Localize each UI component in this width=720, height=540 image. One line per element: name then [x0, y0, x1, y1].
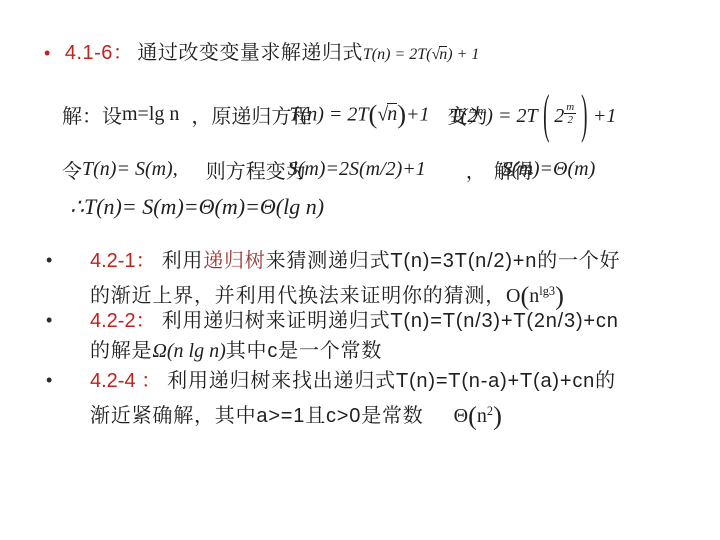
- item-4-2-4-line-2: 渐近紧确解，其中a>=1且c>0是常数Θ(n2): [90, 396, 720, 431]
- item-text: 其中c是一个常数: [226, 340, 382, 362]
- fraction-numerator: m: [564, 101, 576, 115]
- fraction-denominator: 2: [567, 114, 573, 127]
- comma: ，: [191, 100, 211, 129]
- exponent: m: [477, 104, 486, 118]
- item-4-2-1-line-1: 4.2-1：利用递归树来猜测递归式T(n)=3T(n/2)+n的一个好: [90, 246, 720, 276]
- item-4-2-2: • 4.2-2：利用递归树来证明递归式T(n)=T(n/3)+T(2n/3)+c…: [44, 306, 720, 366]
- paren: (: [468, 400, 477, 430]
- recursion-tree-highlight: 递归树: [203, 250, 265, 272]
- exponent-fraction: m2: [564, 101, 576, 127]
- formula-omega: Ω(n lg n): [152, 340, 225, 362]
- tall-paren: (: [543, 85, 549, 147]
- m-equals-lg-n: m=lg n: [122, 103, 179, 126]
- formula-part: Θ: [454, 405, 468, 427]
- item-text: 利用递归树来证明递归式T(n)=T(n/3)+T(2n/3)+cn: [162, 310, 619, 332]
- formula-big-o: O(nlg3): [506, 285, 564, 307]
- item-text: 利用递归树来找出递归式T(n)=T(n-a)+T(a)+cn的: [167, 370, 616, 392]
- formula-t-equals-s: T(n)= S(m),: [82, 158, 178, 181]
- item-4-2-2-line-1: 4.2-2：利用递归树来证明递归式T(n)=T(n/3)+T(2n/3)+cn: [90, 306, 720, 336]
- item-4-1-6-text: 通过改变变量求解递归式: [137, 42, 363, 64]
- paren: ): [397, 99, 406, 129]
- bullet-icon: •: [46, 245, 52, 275]
- formula-t-2m: T(2m) = 2T(2m2)+1: [450, 101, 617, 128]
- tall-paren: ): [581, 85, 587, 147]
- solution-text: 解：设: [62, 100, 122, 129]
- item-4-2-4-label: 4.2-4 ：: [90, 370, 161, 392]
- formula-conclusion: ∴T(n)= S(m)=Θ(m)=Θ(lg n): [70, 194, 324, 219]
- formula-part: n: [529, 285, 539, 307]
- formula-part: +1: [593, 105, 617, 127]
- formula-part: +1: [406, 103, 430, 125]
- formula-part: ) = 2T: [486, 105, 537, 127]
- formula-part: T(n) = 2T(: [363, 46, 432, 63]
- formula-theta-n2: Θ(n2): [454, 405, 502, 427]
- item-4-2-1: • 4.2-1：利用递归树来猜测递归式T(n)=3T(n/2)+n的一个好 的渐…: [44, 246, 720, 311]
- comma: ，: [466, 155, 486, 184]
- formula-t-n-sqrt: T(n) = 2T(√n)+1: [289, 99, 429, 130]
- paren: ): [493, 400, 502, 430]
- item-text: 渐近紧确解，其中a>=1且c>0是常数: [90, 405, 424, 427]
- formula-part: n: [477, 405, 487, 427]
- formula-part: 2: [554, 105, 564, 127]
- formula-part: T(n) = 2T: [289, 103, 368, 125]
- formula-part: ) + 1: [447, 46, 479, 63]
- item-text: 的解是: [90, 340, 152, 362]
- paren: (: [368, 99, 377, 129]
- solution-line-1: 解：设m=lg n，原递归方程T(n) = 2T(√n)+1变为T(2m) = …: [62, 82, 616, 146]
- formula-s-theta-m: S(m)=Θ(m): [502, 158, 595, 181]
- item-4-1-6-label: 4.1-6：: [65, 42, 134, 64]
- item-4-2-1-label: 4.2-1：: [90, 250, 156, 272]
- item-4-2-2-line-2: 的解是Ω(n lg n)其中c是一个常数: [90, 336, 720, 366]
- item-text: 的渐近上界，并利用代换法来证明你的猜测，: [90, 285, 506, 307]
- solution-line-3: ∴T(n)= S(m)=Θ(m)=Θ(lg n): [70, 194, 324, 220]
- formula-s-recurrence: S(m)=2S(m/2)+1: [288, 158, 426, 181]
- item-text: 来猜测递归式T(n)=3T(n/2)+n的一个好: [266, 250, 621, 272]
- item-4-2-2-label: 4.2-2：: [90, 310, 156, 332]
- formula-part: O: [506, 285, 520, 307]
- item-text: 利用: [162, 250, 204, 272]
- item-4-2-4: • 4.2-4 ：利用递归树来找出递归式T(n)=T(n-a)+T(a)+cn的…: [44, 366, 720, 431]
- formula-t-sqrt-n: T(n) = 2T(√n) + 1: [363, 46, 479, 63]
- item-4-1-6: •4.1-6：通过改变变量求解递归式T(n) = 2T(√n) + 1: [44, 36, 479, 65]
- radicand: n: [387, 103, 397, 125]
- formula-part: T(2: [450, 105, 478, 127]
- bullet-icon: •: [46, 365, 52, 395]
- bullet-icon: •: [46, 305, 52, 335]
- item-4-2-4-line-1: 4.2-4 ：利用递归树来找出递归式T(n)=T(n-a)+T(a)+cn的: [90, 366, 720, 396]
- bullet-icon: •: [44, 43, 51, 63]
- solution-line-2: 令T(n)= S(m),则方程变为S(m)=2S(m/2)+1，解得S(m)=Θ…: [62, 149, 595, 189]
- slide: •4.1-6：通过改变变量求解递归式T(n) = 2T(√n) + 1 解：设m…: [0, 0, 720, 540]
- exponent: lg3: [539, 284, 555, 298]
- solution-text-ling: 令: [62, 155, 82, 184]
